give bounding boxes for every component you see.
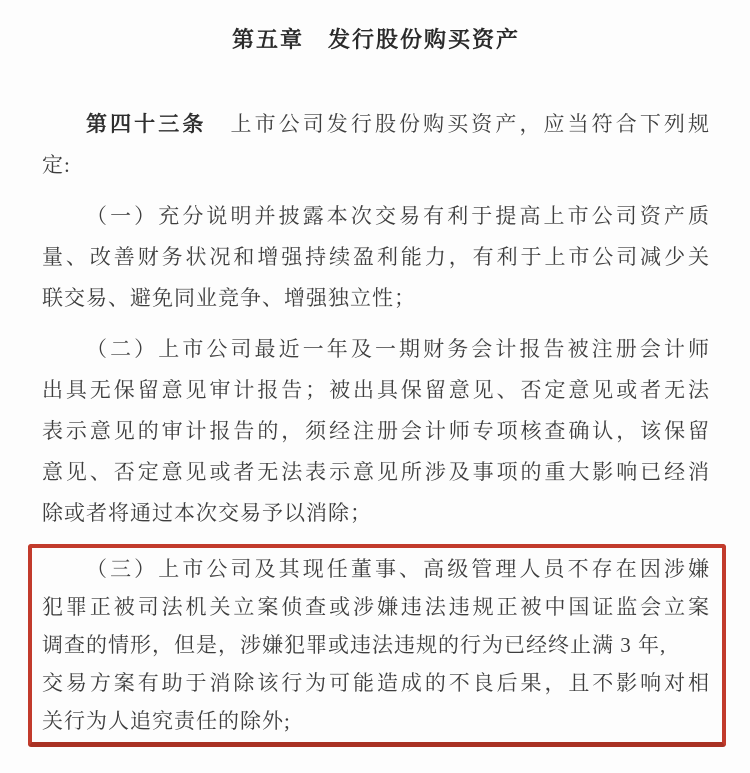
paragraph-line: （三）上市公司及其现任董事、高级管理人员不存在因涉嫌 xyxy=(42,550,710,588)
paragraph-line: 调查的情形，但是，涉嫌犯罪或违法违规的行为已经终止满 3 年, xyxy=(42,626,710,664)
paragraph-line: （一）充分说明并披露本次交易有利于提高上市公司资产质 xyxy=(42,196,710,237)
paragraph-line: 意见、否定意见或者无法表示意见所涉及事项的重大影响已经消 xyxy=(42,452,710,493)
paragraph-line: 关行为人追究责任的除外; xyxy=(42,702,710,740)
chapter-title: 第五章 发行股份购买资产 xyxy=(42,26,710,54)
item-3-paragraph: （三）上市公司及其现任董事、高级管理人员不存在因涉嫌 犯罪正被司法机关立案侦查或… xyxy=(42,550,710,740)
article-intro-line: 第四十三条 上市公司发行股份购买资产，应当符合下列规 xyxy=(42,104,710,145)
item-2-paragraph: （二）上市公司最近一年及一期财务会计报告被注册会计师 出具无保留意见审计报告；被… xyxy=(42,329,710,534)
article-intro-tail-line: 定: xyxy=(42,145,710,186)
paragraph-line: 除或者将通过本次交易予以消除； xyxy=(42,493,710,534)
paragraph-line: 表示意见的审计报告的，须经注册会计师专项核查确认，该保留 xyxy=(42,411,710,452)
paragraph-line: （二）上市公司最近一年及一期财务会计报告被注册会计师 xyxy=(42,329,710,370)
paragraph-line: 交易方案有助于消除该行为可能造成的不良后果，且不影响对相 xyxy=(42,664,710,702)
document-page: 第五章 发行股份购买资产 第四十三条 上市公司发行股份购买资产，应当符合下列规 … xyxy=(0,0,750,773)
paragraph-line: 联交易、避免同业竞争、增强独立性； xyxy=(42,278,710,319)
highlight-box: （三）上市公司及其现任董事、高级管理人员不存在因涉嫌 犯罪正被司法机关立案侦查或… xyxy=(28,544,726,747)
article-number: 第四十三条 xyxy=(86,112,206,136)
paragraph-line: 出具无保留意见审计报告；被出具保留意见、否定意见或者无法 xyxy=(42,370,710,411)
paragraph-line: 量、改善财务状况和增强持续盈利能力，有利于上市公司减少关 xyxy=(42,237,710,278)
article-intro-text: 上市公司发行股份购买资产，应当符合下列规 xyxy=(206,112,710,136)
item-1-paragraph: （一）充分说明并披露本次交易有利于提高上市公司资产质 量、改善财务状况和增强持续… xyxy=(42,196,710,319)
paragraph-line: 犯罪正被司法机关立案侦查或涉嫌违法违规正被中国证监会立案 xyxy=(42,588,710,626)
article-43-paragraph: 第四十三条 上市公司发行股份购买资产，应当符合下列规 定: xyxy=(42,104,710,186)
